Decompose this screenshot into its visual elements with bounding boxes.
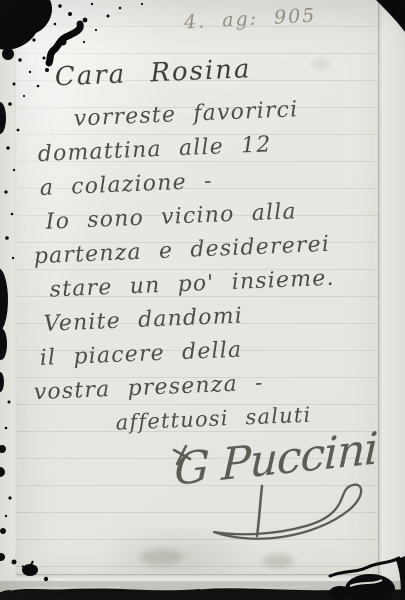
smudge [140,549,182,565]
ink-blots-left-edge [0,102,8,561]
signature-block: G Puccini [144,428,390,558]
smudge [262,554,294,568]
bottom-black-band [0,581,405,600]
date-line: 4. ag: 905 [184,5,317,34]
letter-line: Cara Rosina [15,49,378,98]
letter-photograph: 4. ag: 905 Cara Rosina vorreste favorirc… [0,0,405,600]
corner-fold-top-right [376,0,405,32]
smudge [312,60,330,68]
letter-body: Cara Rosina vorreste favorirci domattina… [16,64,378,449]
letter-paper: 4. ag: 905 Cara Rosina vorreste favorirc… [16,0,379,575]
